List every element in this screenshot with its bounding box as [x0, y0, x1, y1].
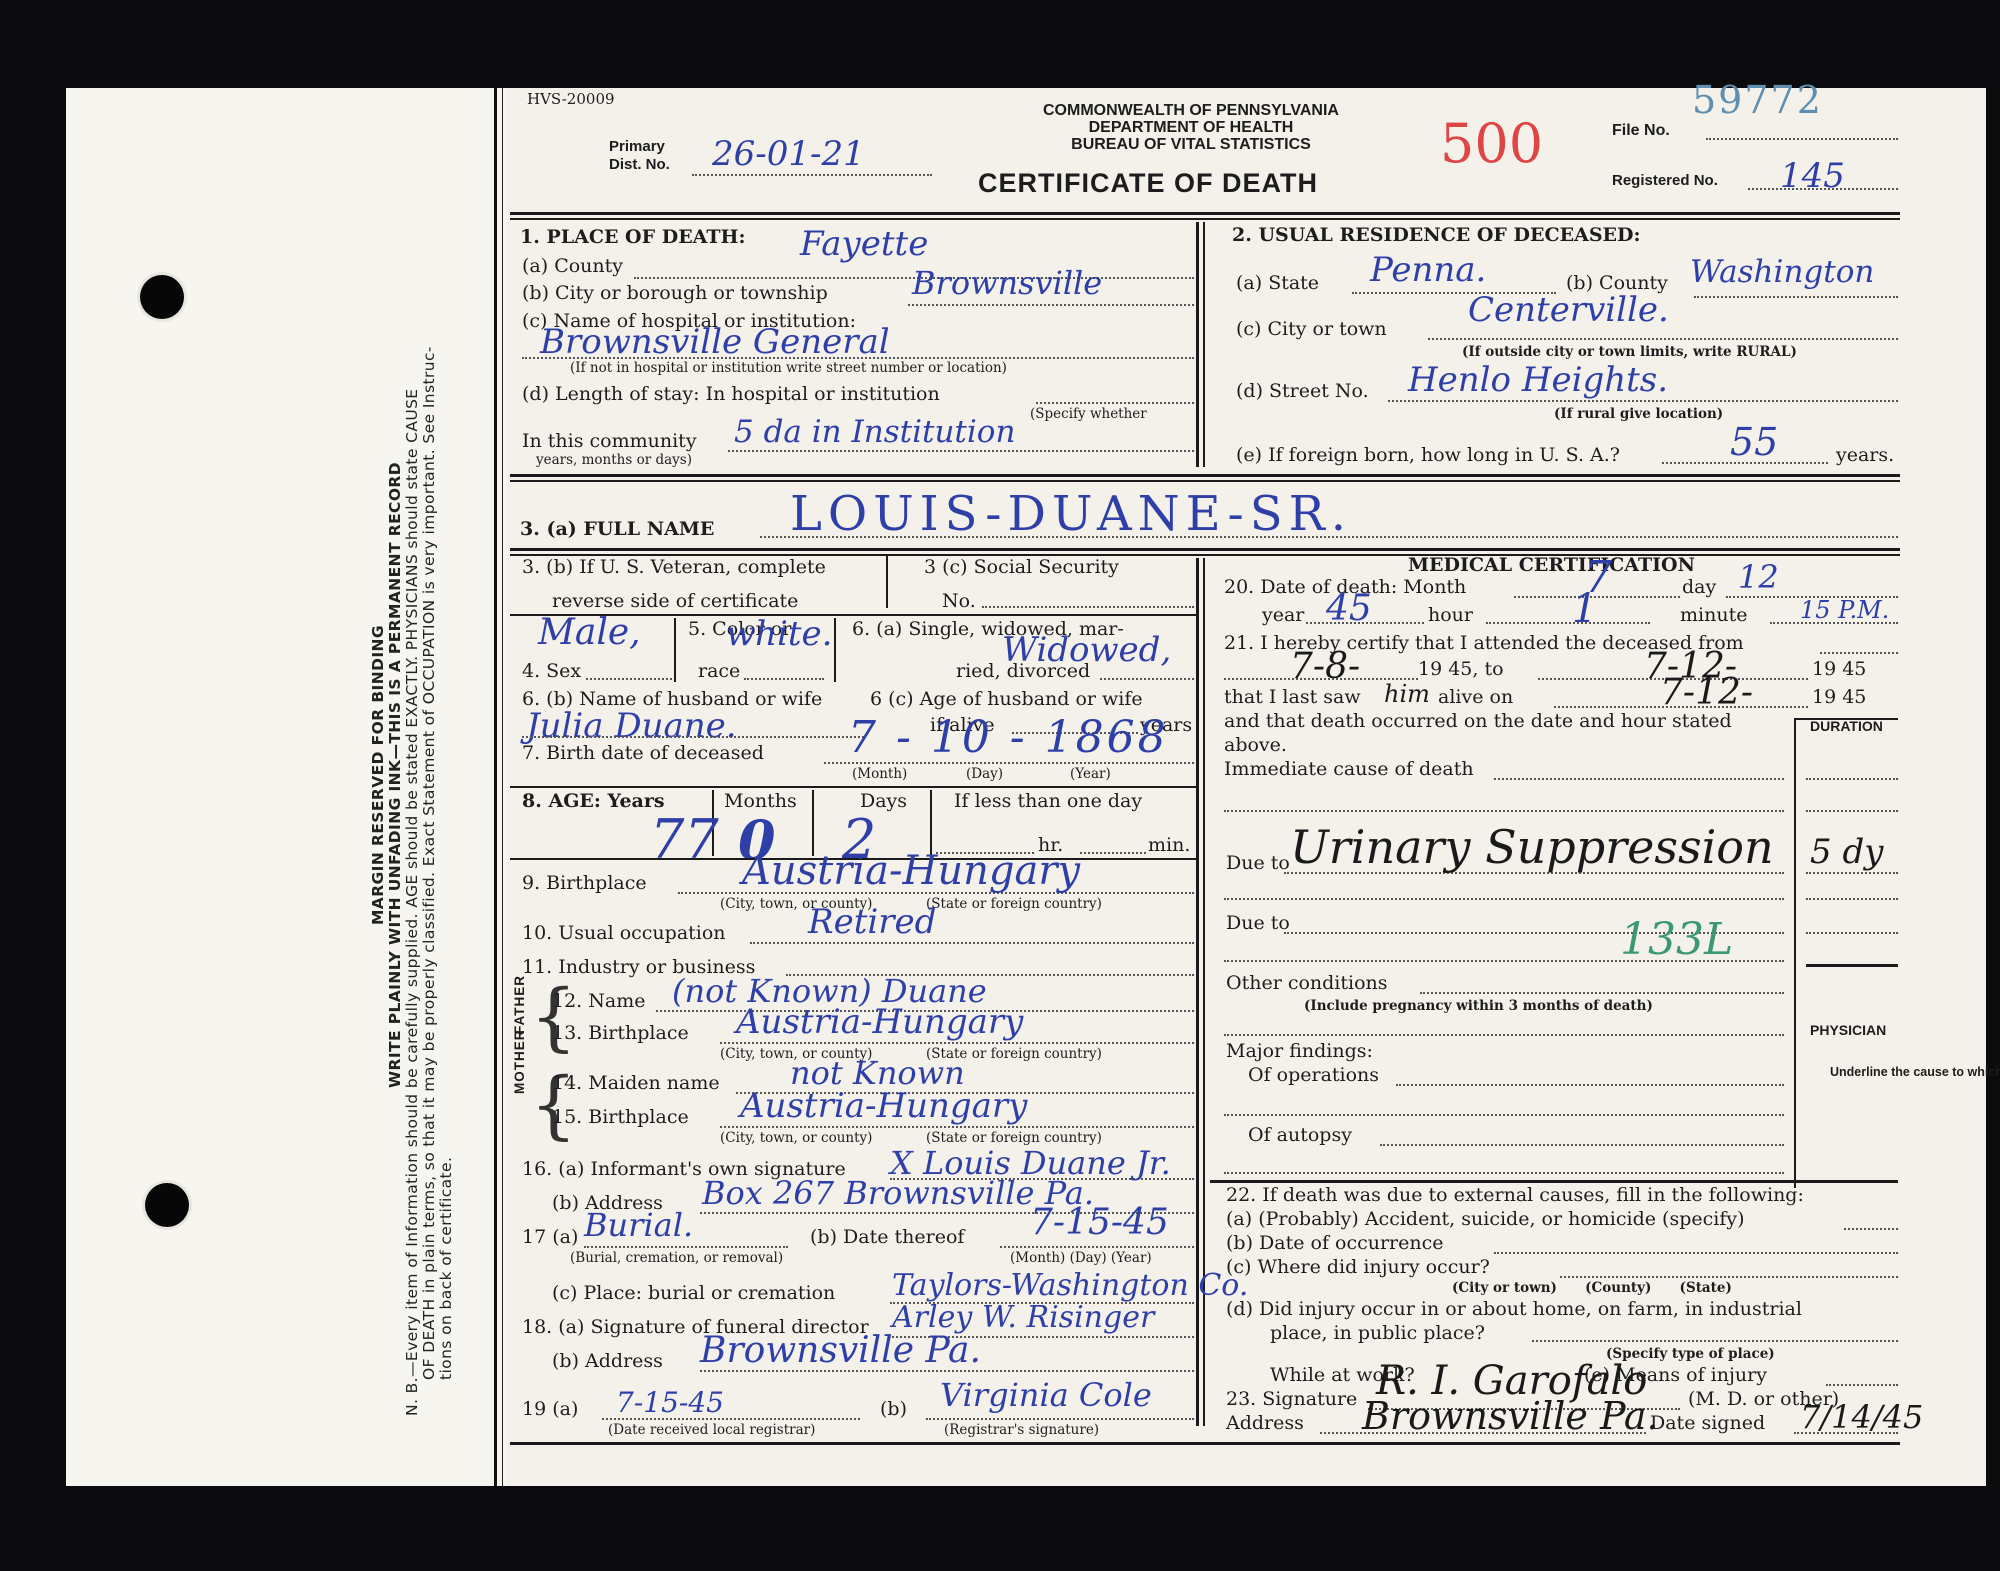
ssn-field — [982, 606, 1194, 608]
age-divider-2 — [812, 790, 814, 856]
hospital-note: (If not in hospital or institution write… — [570, 360, 1007, 376]
due-to-label-2: Due to — [1226, 912, 1290, 934]
father-birthplace-label: 13. Birthplace — [552, 1022, 689, 1044]
registrar-label: 19 (a) — [522, 1398, 578, 1420]
birth-rule — [510, 786, 1196, 788]
death-day-label: day — [1682, 576, 1716, 598]
margin-nb-line1: N. B.—Every item of Information should b… — [404, 130, 421, 1420]
full-name-label: 3. (a) FULL NAME — [520, 518, 714, 540]
director-address-label: (b) Address — [552, 1350, 663, 1372]
section-divider-1-2b — [1203, 222, 1205, 467]
external-a-label: (a) (Probably) Accident, suicide, or hom… — [1226, 1208, 1745, 1230]
file-no-line — [1706, 138, 1898, 140]
death-hour-label: hour — [1428, 604, 1473, 626]
punch-hole-top — [140, 275, 184, 319]
marital-line — [1100, 678, 1194, 680]
agency-line-3: BUREAU OF VITAL STATISTICS — [1026, 136, 1356, 154]
duration-end-rule — [1806, 964, 1898, 967]
mother-birthplace-label: 15. Birthplace — [552, 1106, 689, 1128]
external-rule — [1210, 1180, 1898, 1183]
cause-line-4 — [1224, 898, 1784, 900]
margin-instructions: MARGIN RESERVED FOR BINDING WRITE PLAINL… — [370, 130, 490, 1420]
spouse-name: Julia Duane. — [526, 706, 737, 746]
external-b-label: (b) Date of occurrence — [1226, 1232, 1444, 1254]
to-label: to — [1485, 658, 1504, 680]
registrar-signature: Virginia Cole — [940, 1376, 1152, 1414]
years-label: years. — [1836, 444, 1894, 466]
other-conditions-line — [1420, 992, 1784, 994]
binding-rule-inner — [502, 88, 503, 1486]
stay-note: (Specify whether — [1030, 406, 1147, 422]
immediate-cause-line — [1494, 778, 1784, 780]
registrar-sig-label: (b) — [880, 1398, 907, 1420]
registered-no-label: Registered No. — [1612, 172, 1718, 189]
year-note: (Year) — [1070, 766, 1111, 782]
cause-line-2 — [1224, 810, 1784, 812]
external-c-note: (City or town) (County) (State) — [1452, 1280, 1732, 1296]
primary-label: Primary — [609, 138, 665, 155]
ssn-label-1: 3 (c) Social Security — [924, 556, 1119, 578]
last-saw-label: that I last saw — [1224, 686, 1361, 708]
immediate-duration-line — [1806, 778, 1898, 780]
burial-place-label: (c) Place: burial or cremation — [552, 1282, 835, 1304]
mother-birthplace: Austria-Hungary — [740, 1086, 1027, 1126]
section-divider-1-2 — [1196, 222, 1199, 467]
residence-street: Henlo Heights. — [1408, 360, 1668, 400]
place-hospital: Brownsville General — [540, 322, 890, 362]
duration-heading: DURATION — [1810, 718, 1883, 734]
death-hour-line — [1486, 622, 1650, 624]
last-saw-date: 7-12- — [1660, 672, 1753, 713]
color-race: white. — [726, 614, 832, 654]
duration-line-4 — [1806, 898, 1898, 900]
death-year: 45 — [1326, 588, 1372, 629]
death-minute: 15 P.M. — [1800, 596, 1889, 624]
other-conditions-label: Other conditions — [1226, 972, 1388, 994]
director-address: Brownsville Pa. — [700, 1330, 981, 1371]
foreign-label: (e) If foreign born, how long in U. S. A… — [1236, 444, 1620, 466]
date-signed: 7/14/45 — [1800, 1398, 1923, 1436]
attended-from: 7-8- — [1290, 646, 1360, 687]
day-note: (Day) — [966, 766, 1003, 782]
footer-rule — [510, 1442, 1900, 1445]
immediate-cause-label: Immediate cause of death — [1224, 758, 1474, 780]
operations-line — [1396, 1084, 1784, 1086]
autopsy-label: Of autopsy — [1248, 1124, 1352, 1146]
file-stamp-number: 59772 — [1692, 78, 1823, 122]
registrar-date: 7-15-45 — [616, 1386, 724, 1419]
registrar-date-note: (Date received local registrar) — [608, 1422, 815, 1438]
external-c-label: (c) Where did injury occur? — [1226, 1256, 1490, 1278]
min-field — [1080, 852, 1146, 854]
external-c-field — [1560, 1276, 1898, 1278]
registrar-sig-line — [926, 1418, 1194, 1420]
sex-line — [586, 678, 672, 680]
form-number: HVS-20009 — [527, 90, 615, 108]
dist-no-line — [692, 174, 932, 176]
external-heading: 22. If death was due to external causes,… — [1226, 1184, 1804, 1206]
stay-line — [1036, 402, 1194, 404]
mother-maiden-label: 14. Maiden name — [552, 1072, 720, 1094]
disposition-note: (Burial, cremation, or removal) — [570, 1250, 783, 1266]
death-year-label: year — [1262, 604, 1304, 626]
color-divider — [834, 618, 836, 682]
full-name: LOUIS-DUANE-SR. — [790, 486, 1352, 542]
hospital-line — [522, 357, 1194, 359]
birthplace: Austria-Hungary — [742, 848, 1080, 894]
other-conditions-note: (Include pregnancy within 3 months of de… — [1304, 998, 1653, 1014]
cause-code: 133L — [1620, 914, 1733, 965]
binding-rule — [494, 88, 497, 1486]
community-line — [728, 450, 1194, 452]
stay-label: (d) Length of stay: In hospital or insti… — [522, 383, 940, 405]
document-title: CERTIFICATE OF DEATH — [978, 168, 1318, 199]
birthplace-state-note: (State or foreign country) — [926, 896, 1102, 912]
place-community-stay: 5 da in Institution — [734, 414, 1015, 450]
disposition: Burial. — [584, 1206, 693, 1244]
disposition-date-note: (Month) (Day) (Year) — [1010, 1250, 1152, 1266]
veteran-label-1: 3. (b) If U. S. Veteran, complete — [522, 556, 826, 578]
punch-hole-bottom — [145, 1183, 189, 1227]
margin-nb-line2: OF DEATH in plain terms, so that it may … — [421, 130, 438, 1420]
occupation-line — [750, 942, 1194, 944]
medical-heading: MEDICAL CERTIFICATION — [1408, 554, 1695, 576]
min-label: min. — [1148, 834, 1190, 856]
due-to-duration-line-2 — [1806, 932, 1898, 934]
other-line-2 — [1224, 1034, 1784, 1036]
name-rule-top — [510, 474, 1900, 477]
place-of-death-heading: 1. PLACE OF DEATH: — [520, 226, 745, 248]
birthplace-label: 9. Birthplace — [522, 872, 647, 894]
sex-divider — [674, 618, 676, 682]
name-rule-bottom — [510, 548, 1900, 551]
last-saw-year: 19 45 — [1812, 686, 1866, 708]
margin-ink-note: WRITE PLAINLY WITH UNFADING INK—THIS IS … — [387, 130, 404, 1420]
alive-on-label: alive on — [1438, 686, 1513, 708]
margin-nb-line3: tions on back of certificate. — [438, 130, 455, 1420]
color-line — [744, 678, 824, 680]
place-city: Brownsville — [912, 264, 1102, 302]
month-note: (Month) — [852, 766, 907, 782]
date-signed-label: Date signed — [1650, 1412, 1765, 1434]
veteran-divider — [886, 556, 888, 608]
duration-line-2 — [1806, 810, 1898, 812]
certify-line — [1820, 652, 1898, 654]
attended-to-year: 19 45 — [1812, 658, 1866, 680]
registered-no: 145 — [1780, 156, 1845, 196]
name-rule-top-2 — [510, 480, 1900, 482]
red-number: 500 — [1440, 112, 1543, 175]
birth-date-label: 7. Birth date of deceased — [522, 742, 764, 764]
res-city-line — [1428, 338, 1898, 340]
father-tag: FATHER — [512, 975, 527, 1034]
spouse-line — [522, 736, 864, 738]
street-note: (If rural give location) — [1554, 406, 1723, 422]
age-years: 77 — [650, 808, 719, 871]
disposition-date-label: (b) Date thereof — [810, 1226, 964, 1248]
due-to-label-1: Due to — [1226, 852, 1290, 874]
father-birthplace: Austria-Hungary — [736, 1002, 1023, 1042]
place-county: Fayette — [800, 224, 928, 264]
due-to-duration-line-1 — [1806, 872, 1898, 874]
less-than-day-label: If less than one day — [954, 790, 1142, 812]
physician-address: Brownsville Pa. — [1362, 1394, 1659, 1438]
county-label: (a) County — [522, 255, 623, 277]
header-rule-2 — [510, 218, 1900, 220]
disposition-date: 7-15-45 — [1030, 1202, 1169, 1243]
autopsy-line-2 — [1224, 1172, 1784, 1174]
means-of-injury-field — [1826, 1384, 1898, 1386]
city-label: (b) City or borough or township — [522, 282, 828, 304]
residence-county: Washington — [1690, 254, 1874, 290]
margin-binding-note: MARGIN RESERVED FOR BINDING — [370, 130, 387, 1420]
res-city-note: (If outside city or town limits, write R… — [1462, 344, 1797, 360]
sex-label: 4. Sex — [522, 660, 581, 682]
due-to-cause-1: Urinary Suppression — [1290, 820, 1774, 874]
mother-city-note: (City, town, or county) — [720, 1130, 872, 1146]
residence-city: Centerville. — [1468, 290, 1669, 330]
registrar-sig-note: (Registrar's signature) — [944, 1422, 1099, 1438]
last-saw-pronoun: him — [1384, 680, 1430, 708]
disposition-label: 17 (a) — [522, 1226, 578, 1248]
res-county-line — [1694, 296, 1898, 298]
age-divider-3 — [930, 790, 932, 856]
cause-line-6 — [1224, 960, 1784, 962]
agency-line-2: DEPARTMENT OF HEALTH — [1026, 119, 1356, 137]
veteran-label-2: reverse side of certificate — [552, 590, 798, 612]
agency-line-1: COMMONWEALTH OF PENNSYLVANIA — [1026, 102, 1356, 120]
street-line — [1388, 400, 1898, 402]
residence-state: Penna. — [1370, 250, 1486, 290]
death-day: 12 — [1738, 558, 1779, 596]
file-no-label: File No. — [1612, 122, 1670, 140]
foreign-years: 55 — [1730, 420, 1778, 464]
occurred-label: and that death occurred on the date and … — [1224, 710, 1732, 732]
death-hour: 1 — [1572, 586, 1597, 632]
father-name-label: 12. Name — [552, 990, 645, 1012]
residence-heading: 2. USUAL RESIDENCE OF DECEASED: — [1232, 224, 1641, 246]
occupation-label: 10. Usual occupation — [522, 922, 726, 944]
due-to-duration-1: 5 dy — [1810, 832, 1883, 872]
father-birthplace-line — [720, 1042, 1194, 1044]
external-d-label-1: (d) Did injury occur in or about home, o… — [1226, 1298, 1802, 1320]
street-label: (d) Street No. — [1236, 380, 1369, 402]
community-note: years, months or days) — [536, 452, 692, 468]
occupation: Retired — [808, 902, 936, 942]
city-line — [908, 304, 1194, 306]
external-a-field — [1844, 1228, 1898, 1230]
physician-note: Underline the cause to which death shoul… — [1808, 1064, 1896, 1081]
spouse-age-label-1: 6 (c) Age of husband or wife — [870, 688, 1143, 710]
operations-label: Of operations — [1248, 1064, 1379, 1086]
marital-status: Widowed, — [1002, 630, 1171, 670]
external-d-label-2: place, in public place? — [1270, 1322, 1485, 1344]
mother-birthplace-line — [720, 1126, 1194, 1128]
attended-from-year: 19 45 — [1418, 658, 1472, 680]
dist-no-label: Dist. No. — [609, 156, 670, 173]
header-rule — [510, 212, 1900, 215]
physician-heading: PHYSICIAN — [1810, 1022, 1886, 1038]
res-city-label: (c) City or town — [1236, 318, 1387, 340]
physician-address-label: Address — [1226, 1412, 1304, 1434]
operations-line-2 — [1224, 1114, 1784, 1116]
birth-date: 7 - 10 - 1868 — [848, 712, 1169, 763]
burial-place: Taylors-Washington Co. — [892, 1268, 1248, 1303]
age-label: 8. AGE: Years — [522, 790, 665, 812]
disposition-line — [584, 1246, 788, 1248]
above-label: above. — [1224, 734, 1287, 756]
primary-dist-no: 26-01-21 — [712, 134, 865, 174]
disposition-date-line — [1000, 1246, 1194, 1248]
color-label-2: race — [698, 660, 740, 682]
ssn-label-2: No. — [942, 590, 976, 612]
signature-label: 23. Signature — [1226, 1388, 1357, 1410]
duration-divider — [1794, 718, 1796, 1188]
external-b-field — [1494, 1252, 1898, 1254]
autopsy-line — [1380, 1144, 1784, 1146]
death-minute-label: minute — [1680, 604, 1747, 626]
external-d-field — [1532, 1340, 1898, 1342]
community-label: In this community — [522, 430, 697, 452]
major-findings-label: Major findings: — [1226, 1040, 1373, 1062]
sex: Male, — [538, 612, 641, 653]
mother-tag: MOTHER — [512, 1030, 527, 1095]
state-label: (a) State — [1236, 272, 1319, 294]
